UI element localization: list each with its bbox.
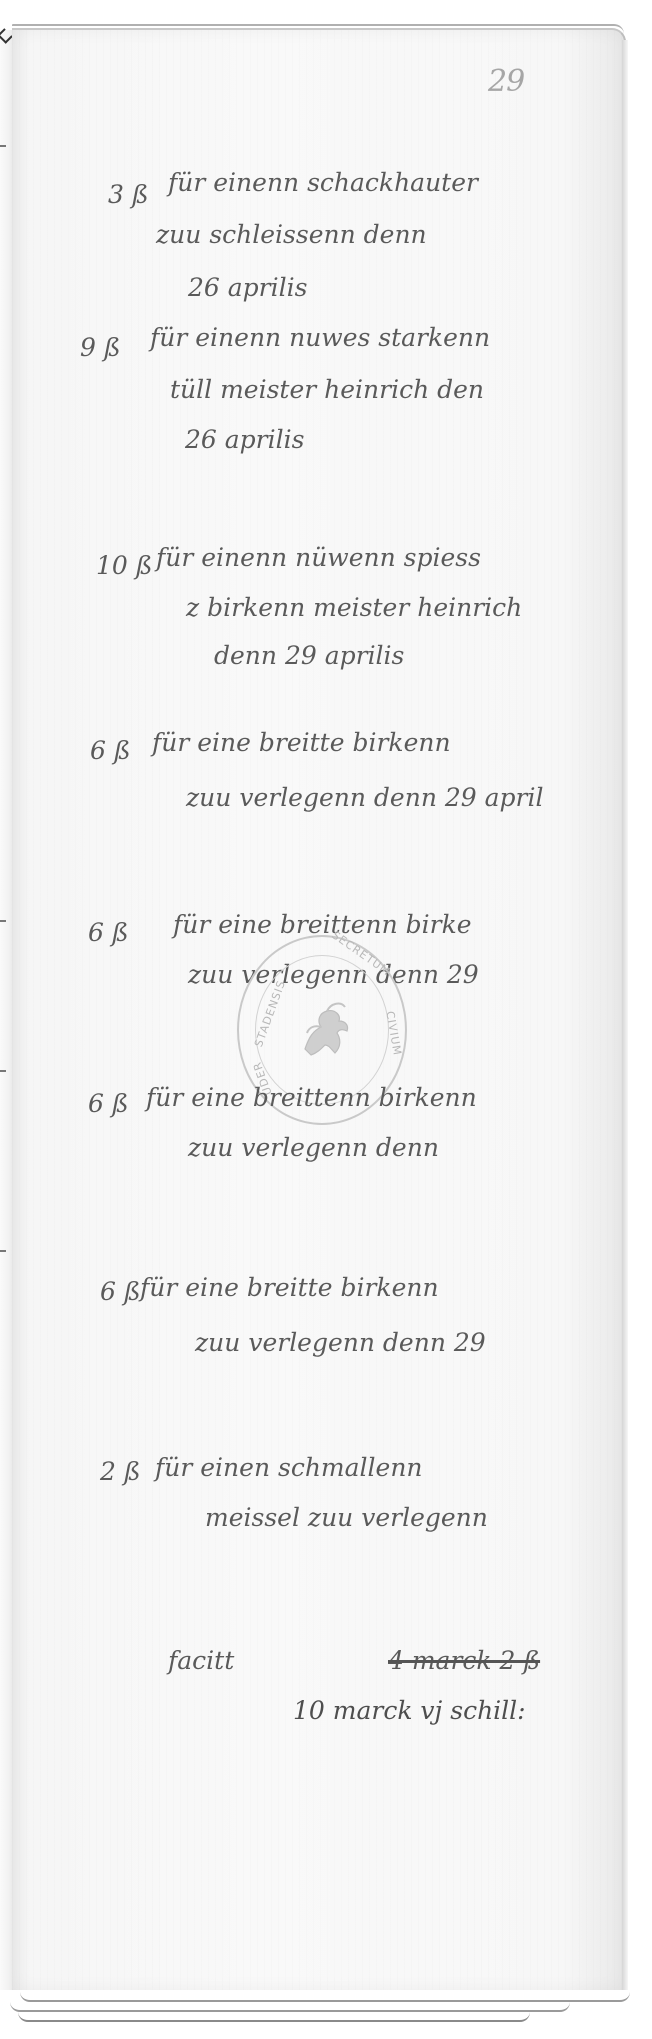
lion-emblem-icon (291, 997, 361, 1067)
sheet-top-edge (12, 24, 624, 34)
entry-amount: 6 ß (88, 920, 129, 945)
total-value: 10 marck vj schill: (293, 1698, 526, 1723)
entry-line: für eine breittenn birkenn (146, 1085, 477, 1110)
seal-text-left: STADENSIS (252, 978, 288, 1048)
entry-amount: 10 ß (96, 553, 152, 578)
sheet-right-edge (622, 40, 628, 1990)
entry-line: für einenn schackhauter (168, 170, 478, 195)
entry-line: zuu verlegenn denn (188, 1135, 439, 1160)
entry-line: z birkenn meister heinrich (186, 595, 522, 620)
entry-line: zuu schleissenn denn (156, 222, 427, 247)
entry-amount: 6 ß (100, 1279, 141, 1304)
entry-line: für einenn nuwes starkenn (150, 325, 490, 350)
entry-line: meissel zuu verlegenn (205, 1505, 488, 1530)
page-stack-bottom-edge (0, 1990, 640, 2030)
binding-mark (0, 145, 6, 147)
binding-mark (0, 1250, 6, 1252)
entry-amount: 6 ß (90, 738, 131, 763)
total-label: facitt (168, 1648, 234, 1673)
folio-number: 29 (488, 64, 524, 99)
seal-text-right: CIVIUM (383, 1010, 404, 1057)
page-edge (18, 2010, 530, 2022)
entry-line: 26 aprilis (188, 275, 307, 300)
total-struck-value: 4 marck 2 ß (388, 1648, 540, 1673)
entry-line: für eine breitte birkenn (140, 1275, 439, 1300)
binding-mark (0, 1070, 6, 1072)
entry-line: für eine breitte birkenn (152, 730, 451, 755)
entry-amount: 6 ß (88, 1091, 129, 1116)
binding-mark (0, 920, 6, 922)
entry-amount: 3 ß (108, 182, 149, 207)
entry-line: denn 29 aprilis (214, 643, 404, 668)
entry-amount: 9 ß (80, 335, 121, 360)
entry-line: für eine breittenn birke (173, 912, 472, 937)
entry-line: tüll meister heinrich den (170, 377, 484, 402)
entry-line: für einen schmallenn (155, 1455, 423, 1480)
entry-amount: 2 ß (100, 1459, 141, 1484)
entry-line: zuu verlegenn denn 29 april (186, 785, 543, 810)
entry-line: 26 aprilis (185, 427, 304, 452)
entry-line: zuu verlegenn denn 29 (195, 1330, 486, 1355)
entry-line: für einenn nüwenn spiess (156, 545, 481, 570)
